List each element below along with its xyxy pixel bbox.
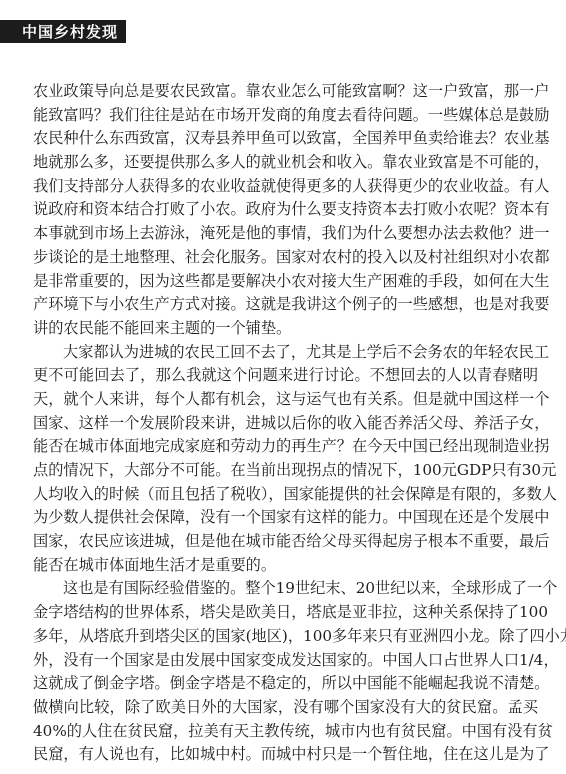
text-line: 这就成了倒金字塔。倒金字塔是不稳定的，所以中国能不能崛起我说不清楚。 — [33, 672, 538, 696]
text-line: 农业政策导向总是要农民致富。靠农业怎么可能致富啊？这一户致富，那一户 — [33, 80, 538, 104]
text-line: 天，就个人来讲，每个人都有机会，这与运气也有关系。但是就中国这样一个 — [33, 388, 538, 412]
paragraph-start-line: 大家都认为进城的农民工回不去了，尤其是上学后不会务农的年轻农民工 — [33, 341, 538, 365]
text-line: 步谈论的是土地整理、社会化服务。国家对农村的投入以及村社组织对小农都 — [33, 246, 538, 270]
text-line: 产环境下与小农生产方式对接。这就是我讲这个例子的一些感想，也是对我要 — [33, 293, 538, 317]
text-line: 地就那么多，还要提供那么多人的就业机会和收入。靠农业致富是不可能的， — [33, 151, 538, 175]
paragraph-end-line: 讲的农民能不能回来主题的一个铺垫。 — [33, 317, 538, 341]
text-line: 国家、这样一个发展阶段来讲，进城以后你的收入能否养活父母、养活子女， — [33, 412, 538, 436]
text-line: 40%的人住在贫民窟，拉美有天主教传统，城市内也有贫民窟。中国有没有贫 — [33, 720, 538, 744]
text-line: 人均收入的时候（而且包括了税收），国家能提供的社会保障是有限的，多数人 — [33, 483, 538, 507]
text-line: 民窟，有人说也有，比如城中村。而城中村只是一个暂住地，住在这儿是为了 — [33, 743, 538, 767]
article-body: 农业政策导向总是要农民致富。靠农业怎么可能致富啊？这一户致富，那一户 能致富吗？… — [33, 80, 538, 767]
text-line: 说政府和资本结合打败了小农。政府为什么要支持资本去打败小农呢？资本有 — [33, 198, 538, 222]
section-title: 中国乡村发现 — [22, 21, 118, 42]
text-line: 多年，从塔底升到塔尖区的国家(地区)，100多年来只有亚洲四小龙。除了四小龙 — [33, 625, 538, 649]
text-line: 为少数人提供社会保障，没有一个国家有这样的能力。中国现在还是个发展中 — [33, 506, 538, 530]
text-line: 我们支持部分人获得多的农业收益就使得更多的人获得更少的农业收益。有人 — [33, 175, 538, 199]
text-line: 更不可能回去了，那么我就这个问题来进行讨论。不想回去的人以青春赌明 — [33, 364, 538, 388]
text-line: 能否在城市体面地完成家庭和劳动力的再生产？在今天中国已经出现制造业拐 — [33, 435, 538, 459]
text-line: 外，没有一个国家是由发展中国家变成发达国家的。中国人口占世界人口1/4， — [33, 649, 538, 673]
text-line: 金字塔结构的世界体系，塔尖是欧美日，塔底是亚非拉，这种关系保持了100 — [33, 601, 538, 625]
paragraph-end-line: 能否在城市体面地生活才是重要的。 — [33, 554, 538, 578]
text-line: 能致富吗？我们往往是站在市场开发商的角度去看待问题。一些媒体总是鼓励 — [33, 104, 538, 128]
text-line: 国家，农民应该进城，但是他在城市能否给父母买得起房子根本不重要，最后 — [33, 530, 538, 554]
text-line: 本事就到市场上去游泳，淹死是他的事情，我们为什么要想办法去救他？进一 — [33, 222, 538, 246]
section-header-bar: 中国乡村发现 — [0, 20, 126, 43]
text-line: 农民种什么东西致富，汉寿县养甲鱼可以致富，全国养甲鱼卖给谁去？农业基 — [33, 127, 538, 151]
text-line: 是非常重要的，因为这些都是要解决小农对接大生产困难的手段，如何在大生 — [33, 270, 538, 294]
paragraph-start-line: 这也是有国际经验借鉴的。整个19世纪末、20世纪以来，全球形成了一个 — [33, 577, 538, 601]
text-line: 点的情况下，大部分不可能。在当前出现拐点的情况下，100元GDP只有30元 — [33, 459, 538, 483]
text-line: 做横向比较，除了欧美日外的大国家，没有哪个国家没有大的贫民窟。孟买 — [33, 696, 538, 720]
